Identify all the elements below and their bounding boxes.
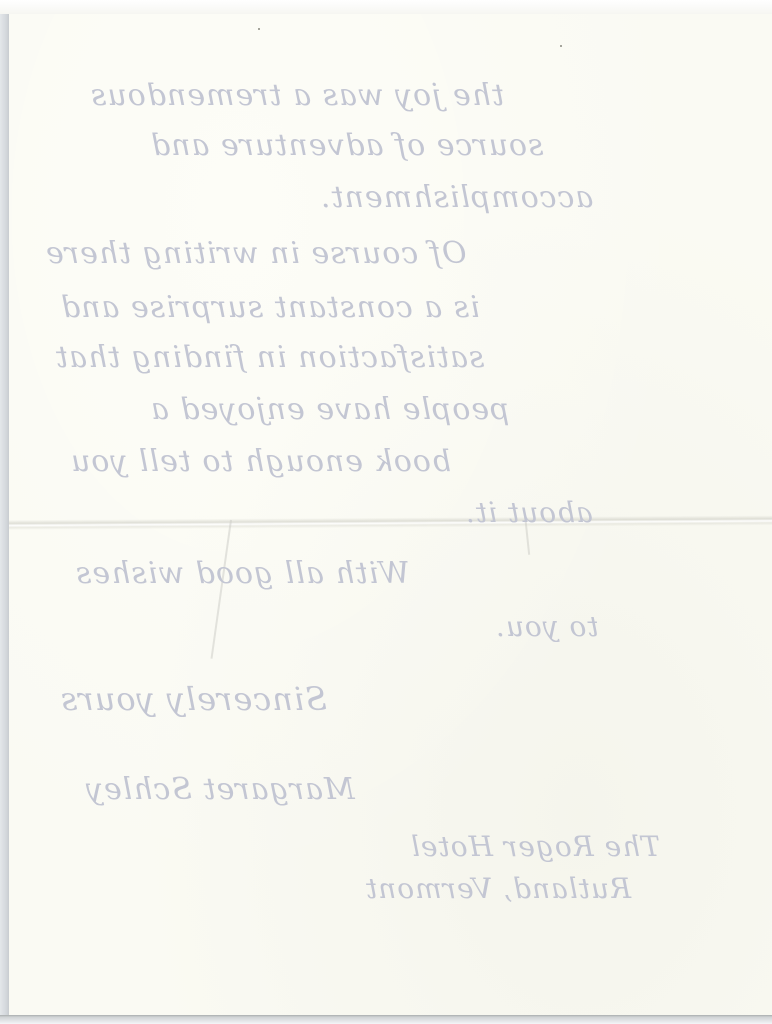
- paper-speck: [258, 28, 260, 30]
- letter-line: satisfaction in finding that: [55, 340, 484, 375]
- letter-closing: Sincerely yours: [60, 680, 327, 718]
- letter-line: about it.: [465, 496, 593, 529]
- letter-line: With all good wishes: [75, 556, 410, 591]
- letter-line: source of adventure and: [150, 128, 543, 163]
- letter-line: people have enjoyed a: [150, 392, 509, 427]
- letter-signature: Margaret Schley: [85, 772, 355, 807]
- letter-line: book enough to tell you: [70, 444, 451, 479]
- sender-address-line: Rutland, Vermont: [365, 872, 631, 905]
- letter-line: accomplishment.: [320, 180, 593, 215]
- sender-address-line: The Roger Hotel: [410, 830, 660, 863]
- scanned-letter: the joy was a tremendous source of adven…: [0, 0, 772, 1024]
- letter-line: is a constant surprise and: [60, 290, 480, 325]
- scan-left-edge: [0, 14, 9, 1024]
- letter-line: Of course in writing there: [45, 236, 466, 271]
- scan-top-margin: [0, 0, 772, 14]
- letter-line: to you.: [495, 610, 599, 643]
- letter-line: the joy was a tremendous: [90, 78, 504, 113]
- scan-bottom-edge: [0, 1015, 772, 1024]
- letter-page: [9, 14, 772, 1015]
- paper-speck: [560, 45, 562, 47]
